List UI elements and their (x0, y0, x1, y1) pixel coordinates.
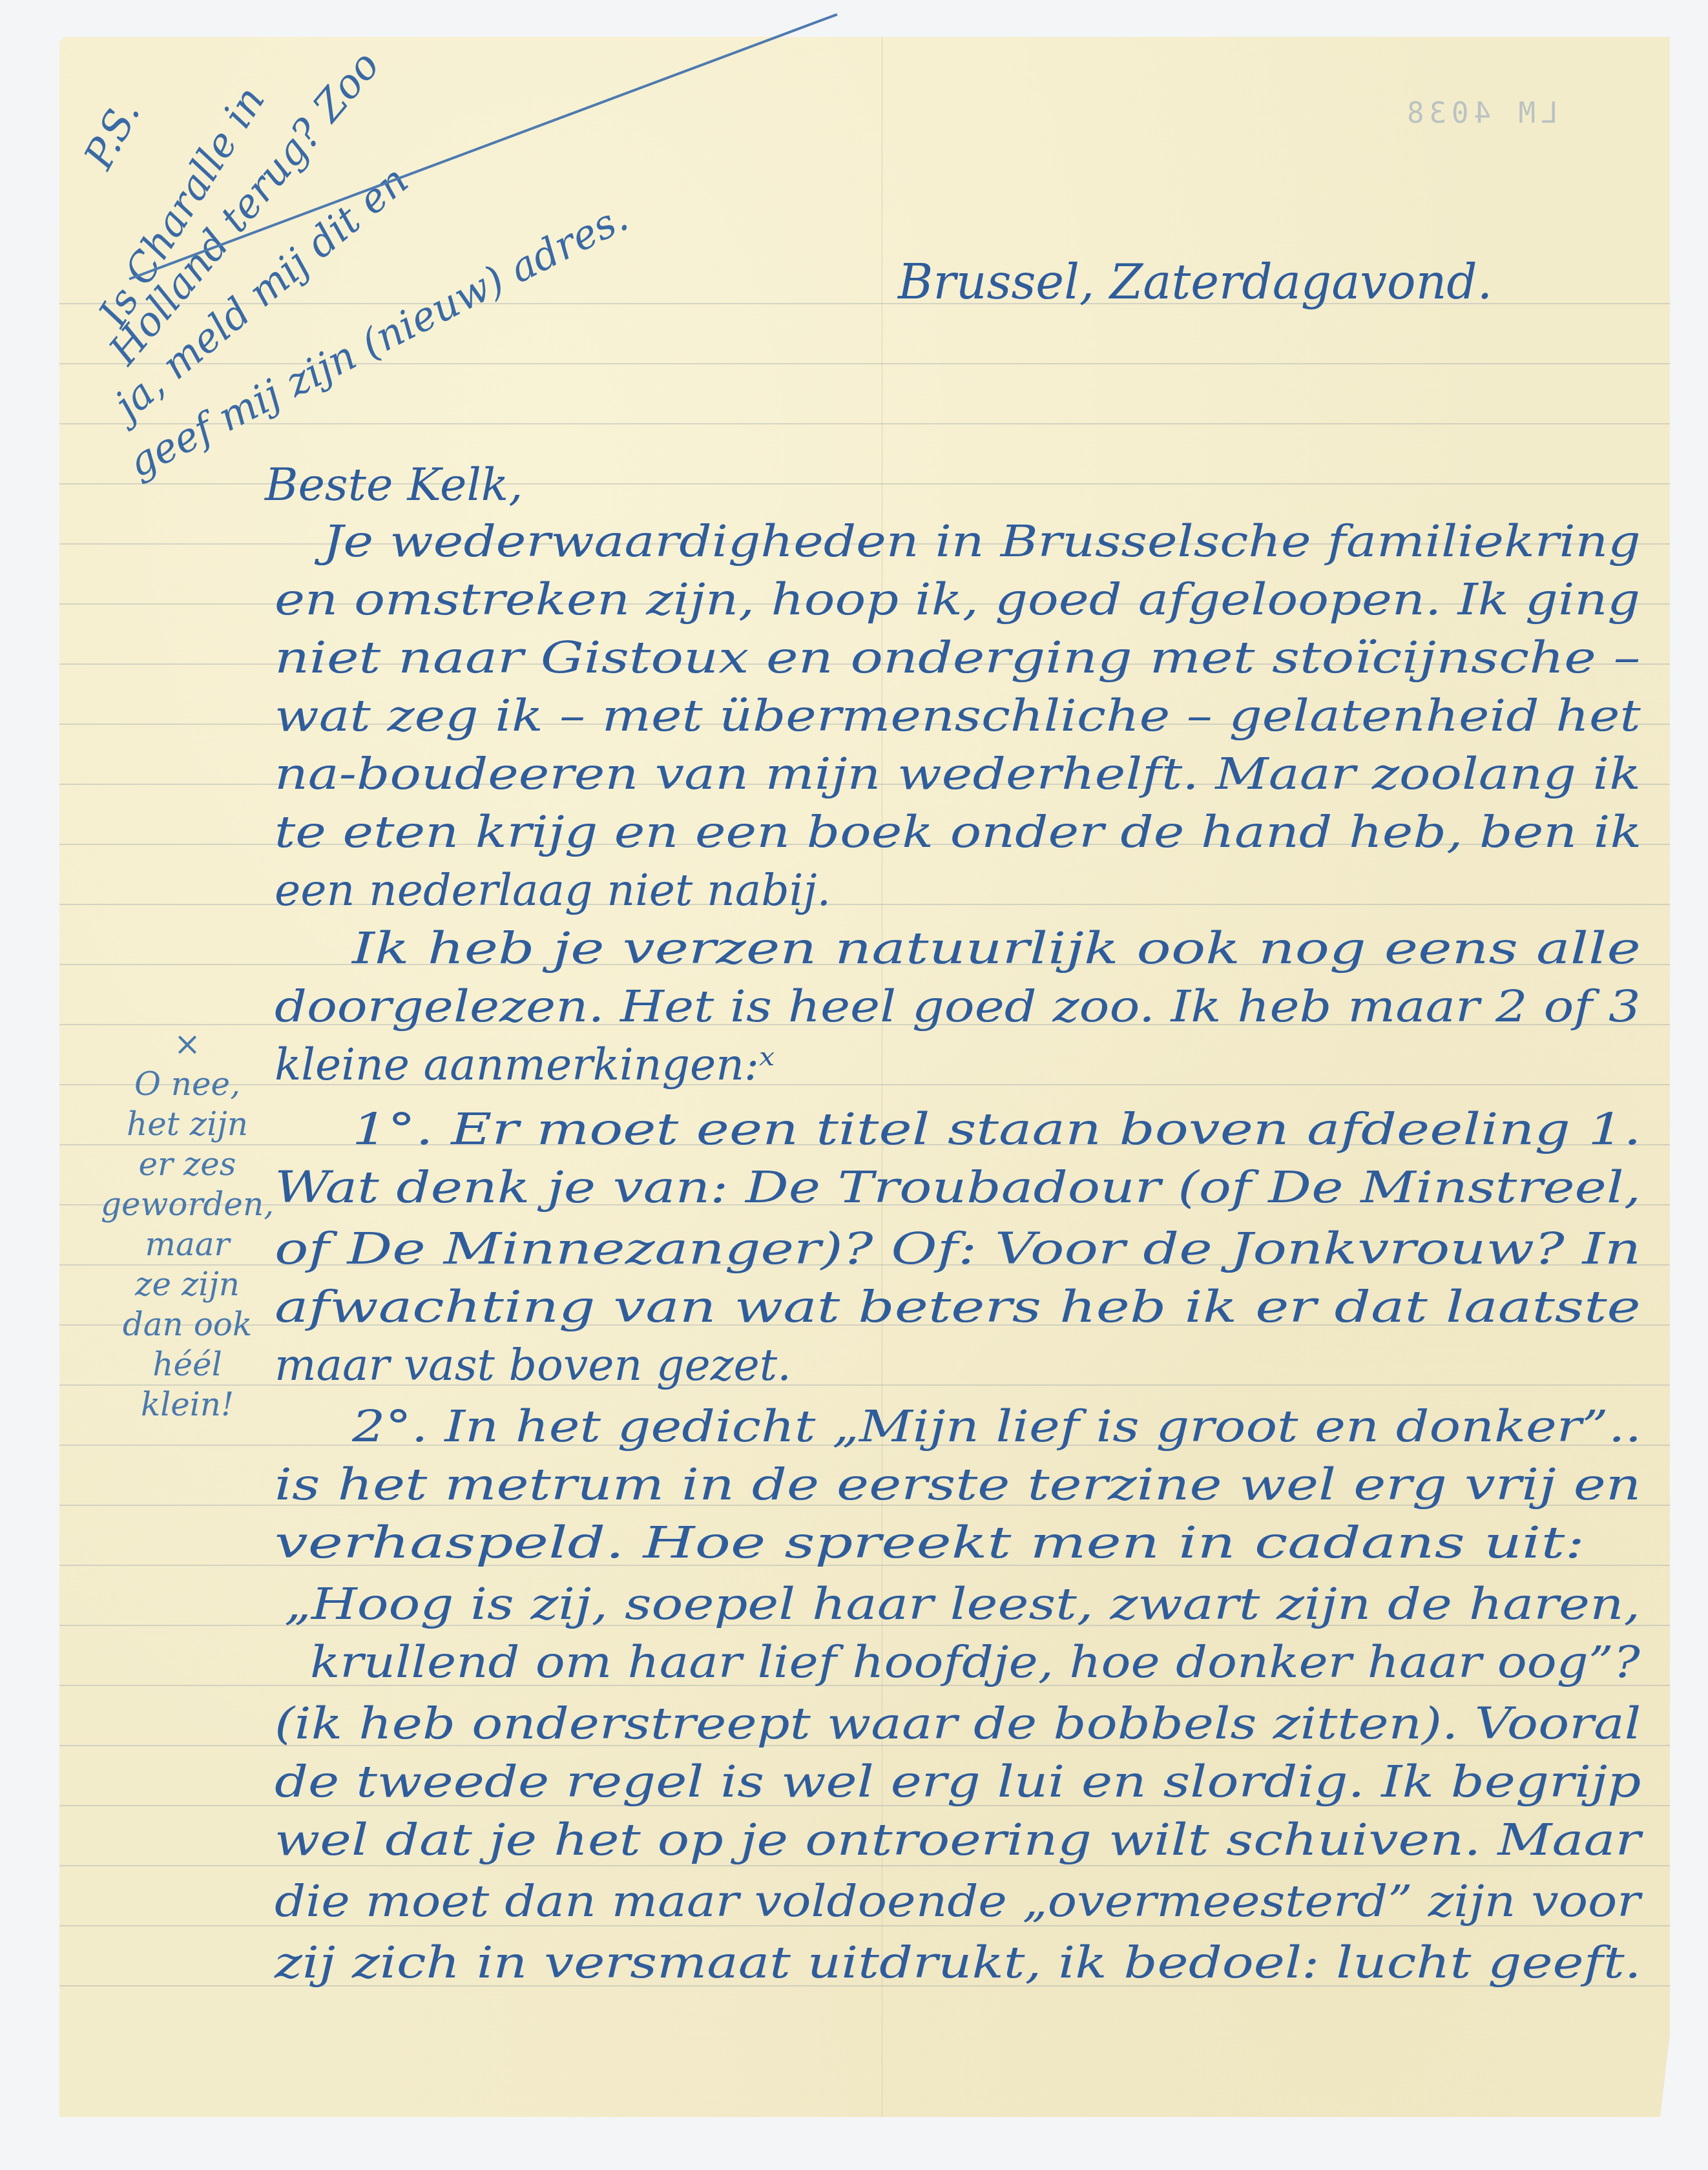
margin-note-line: er zes (90, 1144, 284, 1184)
margin-note-line: maar (90, 1224, 284, 1264)
margin-note-line: ze zijn (90, 1264, 284, 1304)
body-line: na-boudeeren van mijn wederhelft. Maar z… (275, 753, 1641, 797)
body-line: die moet dan maar voldoende „overmeester… (275, 1880, 1640, 1924)
margin-note-line: dan ook (90, 1304, 284, 1344)
body-line: Ik heb je verzen natuurlijk ook nog eens… (352, 927, 1641, 971)
body-line: kleine aanmerkingen:ˣ (275, 1043, 775, 1087)
body-line: Wat denk je van: De Troubadour (of De Mi… (275, 1166, 1641, 1210)
body-line: niet naar Gistoux en onderging met stoïc… (275, 636, 1640, 680)
body-line: 1°. Er moet een titel staan boven afdeel… (352, 1108, 1641, 1152)
body-line: zij zich in versmaat uitdrukt, ik bedoel… (275, 1941, 1641, 1985)
body-line: afwachting van wat beters heb ik er dat … (275, 1286, 1641, 1330)
body-line: de tweede regel is wel erg lui en slordi… (275, 1760, 1641, 1804)
body-line: „Hoog is zij, soepel haar leest, zwart z… (284, 1583, 1640, 1627)
dateline: Brussel, Zaterdagavond. (898, 258, 1492, 306)
body-line: 2°. In het gedicht „Mijn lief is groot e… (352, 1405, 1641, 1449)
body-line: is het metrum in de eerste terzine wel e… (275, 1463, 1641, 1507)
body-line: krullend om haar lief hoofdje, hoe donke… (310, 1641, 1640, 1685)
body-line: verhaspeld. Hoe spreekt men in cadans ui… (275, 1521, 1585, 1565)
body-line: wel dat je het op je ontroering wilt sch… (275, 1819, 1641, 1862)
body-line: wat zeg ik – met übermenschliche – gelat… (275, 694, 1641, 738)
margin-note: × O nee, het zijn er zes geworden, maar … (90, 1024, 284, 1424)
body-line: een nederlaag niet nabij. (275, 869, 831, 913)
ruled-line (59, 423, 1670, 424)
footnote-marker: × (90, 1024, 284, 1064)
margin-note-line: O nee, (90, 1064, 284, 1104)
archive-stamp-bleedthrough: LM 4038 (1402, 97, 1557, 130)
body-line: Je wederwaardigheden in Brusselsche fami… (323, 520, 1641, 564)
margin-note-line: héél (90, 1344, 284, 1384)
body-line: en omstreken zijn, hoop ik, goed afgeloo… (275, 578, 1640, 622)
body-line: te eten krijg en een boek onder de hand … (275, 811, 1641, 855)
salutation: Beste Kelk, (265, 462, 523, 507)
postscript: P.S. Is Charalle in Holland terug? Zoo j… (123, 78, 769, 355)
body-line: doorgelezen. Het is heel goed zoo. Ik he… (275, 985, 1641, 1029)
body-line: of De Minnezanger)? Of: Voor de Jonkvrou… (275, 1227, 1641, 1271)
margin-note-line: klein! (90, 1384, 284, 1424)
body-line: maar vast boven gezet. (275, 1344, 791, 1388)
margin-note-line: geworden, (90, 1184, 284, 1224)
body-line: (ik heb onderstreept waar de bobbels zit… (275, 1702, 1641, 1746)
margin-note-line: het zijn (90, 1104, 284, 1144)
